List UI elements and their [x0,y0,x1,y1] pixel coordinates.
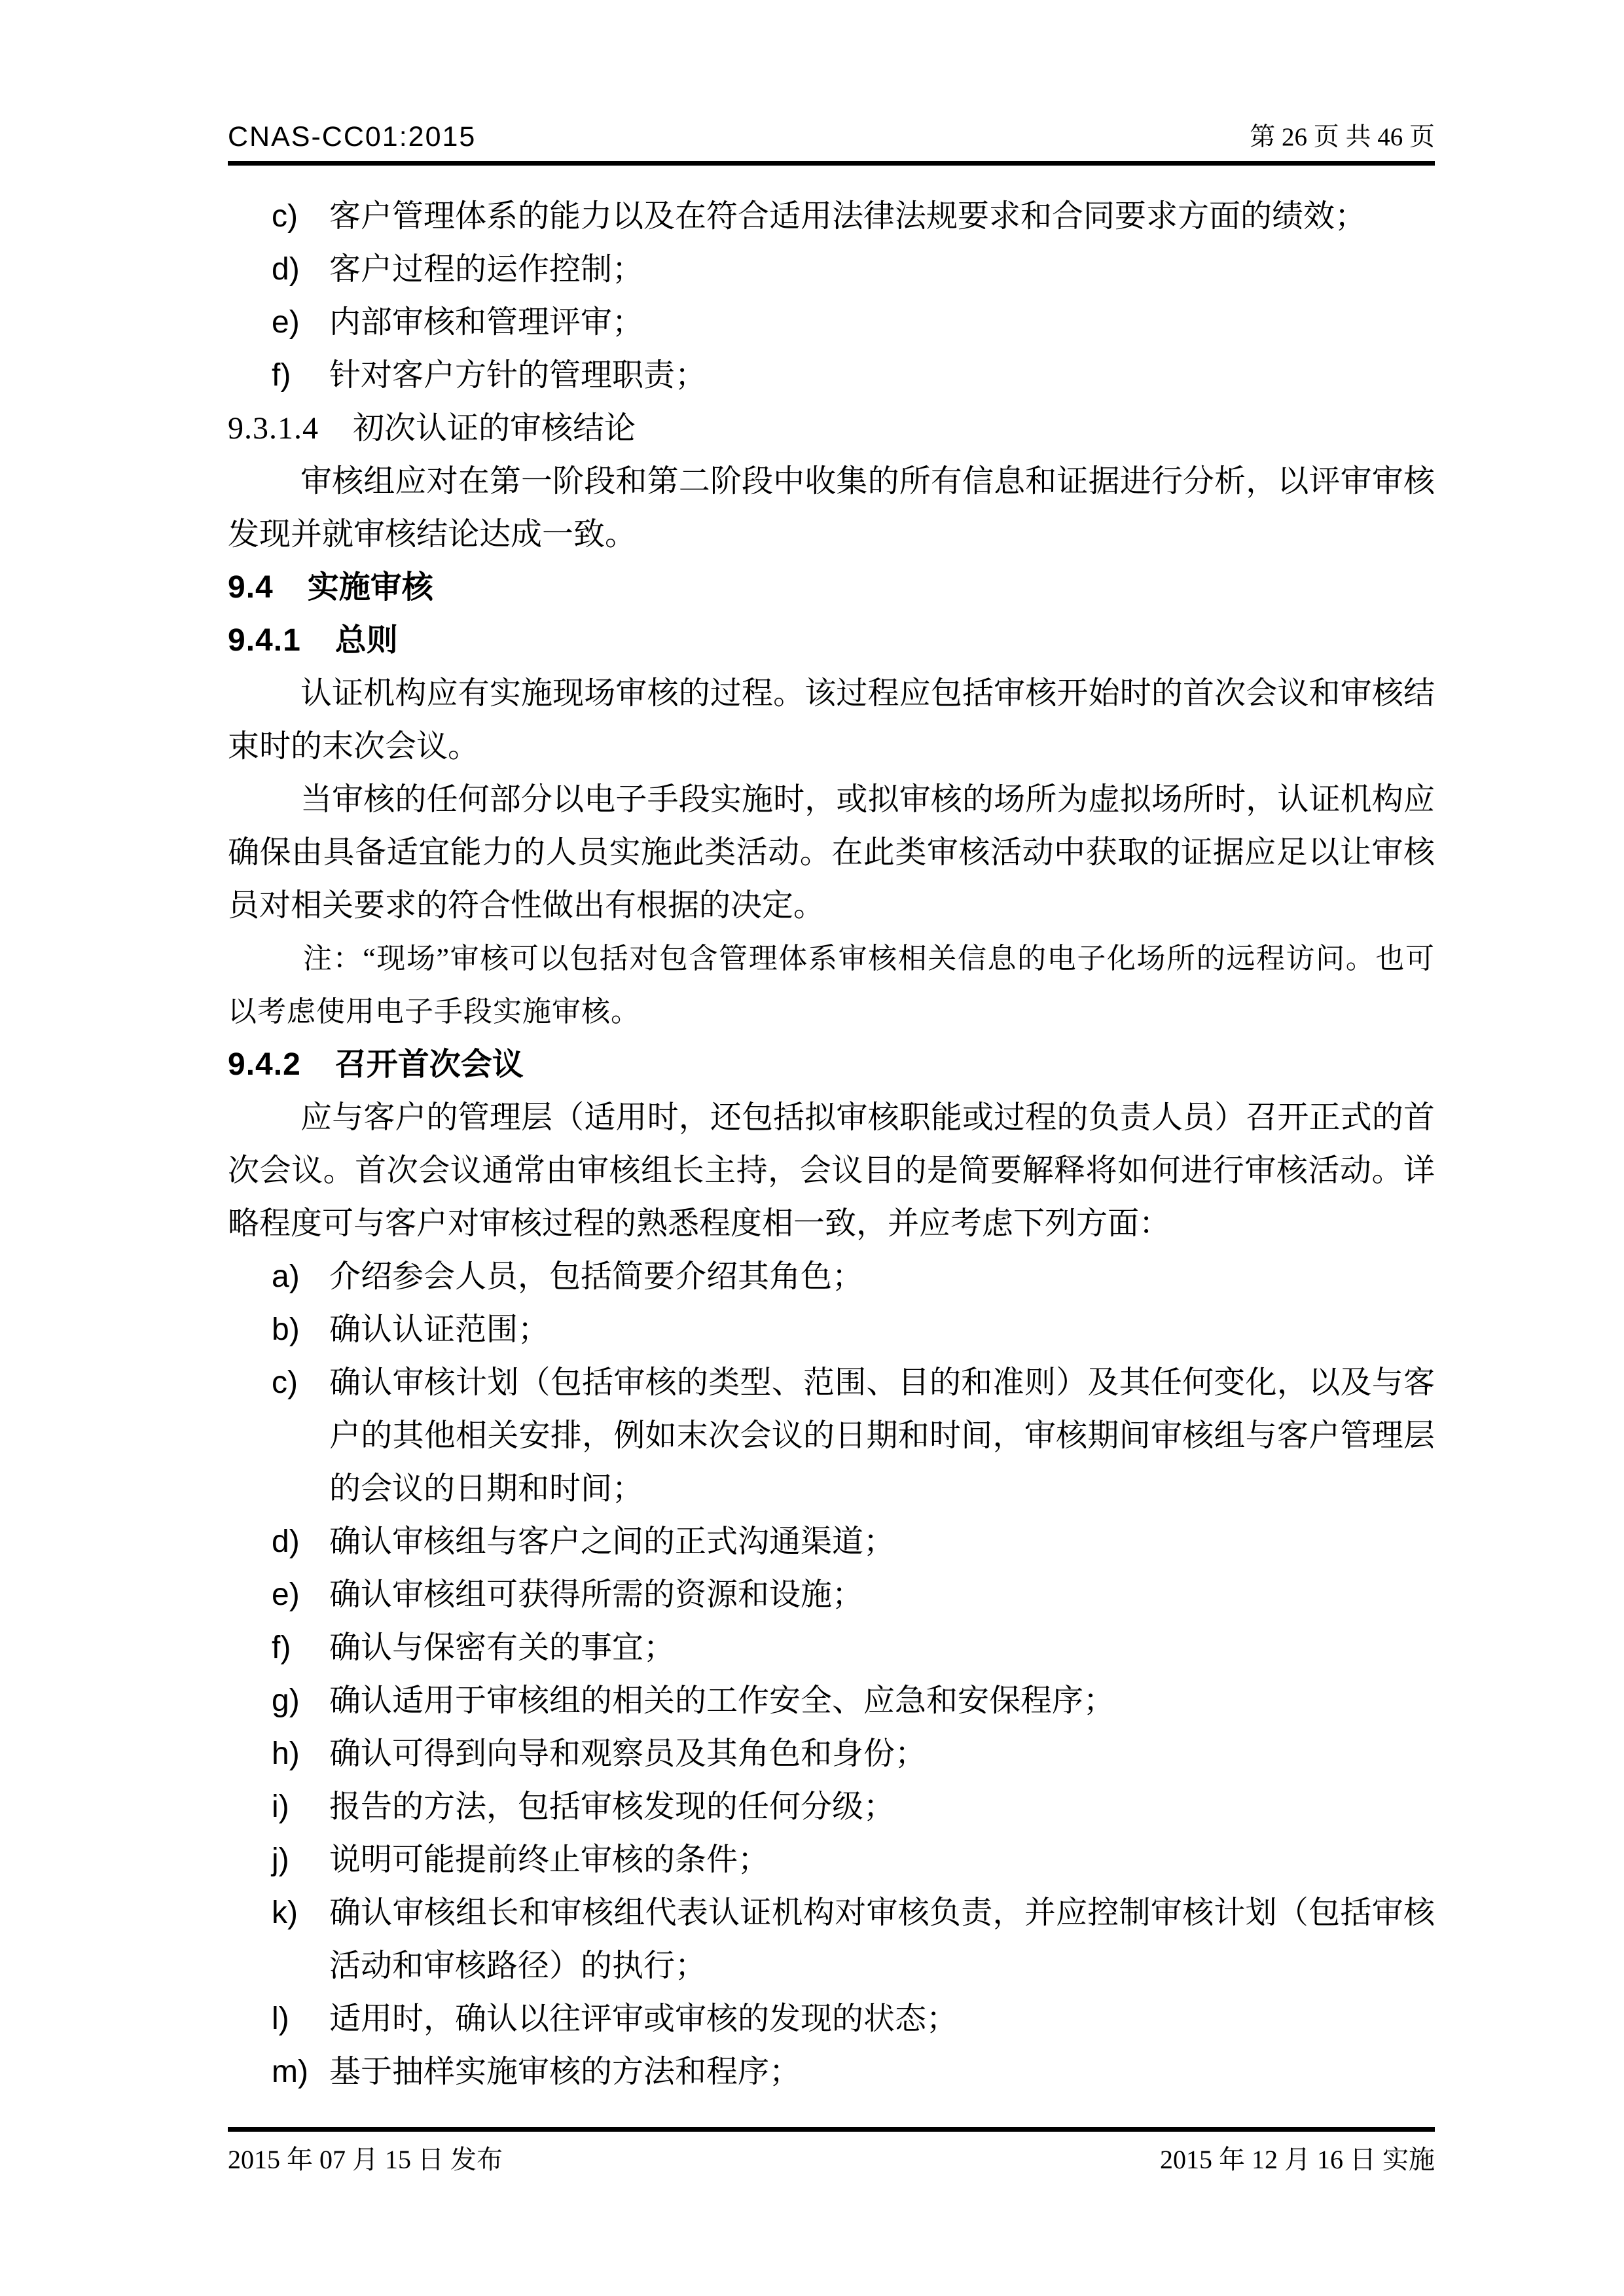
section-number: 9.4 [228,570,274,605]
list-item: d) 确认审核组与客户之间的正式沟通渠道； [228,1515,1435,1568]
section-title: 实施审核 [308,570,433,605]
list-item-text: 确认审核组可获得所需的资源和设施； [329,1568,1435,1621]
list-item-label: f) [272,349,329,402]
section-heading-9-4-2: 9.4.2召开首次会议 [228,1038,1435,1091]
list-item-text: 客户过程的运作控制； [329,243,1435,296]
list-item-label: h) [272,1727,329,1780]
list-item-text: 说明可能提前终止审核的条件； [329,1833,1435,1886]
list-item-text: 确认审核计划（包括审核的类型、范围、目的和准则）及其任何变化，以及与客户的其他相… [329,1356,1435,1515]
list-item-label: k) [272,1886,329,1939]
list-item: g) 确认适用于审核组的相关的工作安全、应急和安保程序； [228,1674,1435,1727]
list-item: c) 确认审核计划（包括审核的类型、范围、目的和准则）及其任何变化，以及与客户的… [228,1356,1435,1515]
page-footer: 2015 年 07 月 15 日 发布 2015 年 12 月 16 日 实施 [228,2142,1435,2178]
list-item: i) 报告的方法，包括审核发现的任何分级； [228,1780,1435,1833]
list-item-text: 客户管理体系的能力以及在符合适用法律法规要求和合同要求方面的绩效； [329,190,1435,243]
list-item: h) 确认可得到向导和观察员及其角色和身份； [228,1727,1435,1780]
list-item-label: i) [272,1780,329,1833]
list-item-text: 报告的方法，包括审核发现的任何分级； [329,1780,1435,1833]
list-item: e) 确认审核组可获得所需的资源和设施； [228,1568,1435,1621]
list-item: l) 适用时，确认以往评审或审核的发现的状态； [228,1992,1435,2045]
list-item-text: 确认适用于审核组的相关的工作安全、应急和安保程序； [329,1674,1435,1727]
page-header: CNAS-CC01:2015 第 26 页 共 46 页 [228,117,1435,153]
paragraph: 认证机构应有实施现场审核的过程。该过程应包括审核开始时的首次会议和审核结束时的末… [228,667,1435,773]
list-item-label: b) [272,1303,329,1356]
list-item: e) 内部审核和管理评审； [228,296,1435,349]
list-item: a) 介绍参会人员，包括简要介绍其角色； [228,1250,1435,1303]
document-body: c) 客户管理体系的能力以及在符合适用法律法规要求和合同要求方面的绩效； d) … [228,190,1435,2098]
list-item-text: 确认审核组与客户之间的正式沟通渠道； [329,1515,1435,1568]
list-item: j) 说明可能提前终止审核的条件； [228,1833,1435,1886]
section-title: 总则 [335,623,398,658]
list-item-label: g) [272,1674,329,1727]
list-item-label: c) [272,190,329,243]
implement-date: 2015 年 12 月 16 日 实施 [1160,2142,1435,2178]
document-code: CNAS-CC01:2015 [228,121,476,153]
list-item-text: 内部审核和管理评审； [329,296,1435,349]
section-title: 初次认证的审核结论 [353,411,636,446]
list-item: k) 确认审核组长和审核组代表认证机构对审核负责，并应控制审核计划（包括审核活动… [228,1886,1435,1992]
section-number: 9.3.1.4 [228,411,319,446]
list-item-text: 介绍参会人员，包括简要介绍其角色； [329,1250,1435,1303]
list-item-label: e) [272,296,329,349]
list-item-text: 确认与保密有关的事宜； [329,1621,1435,1674]
section-number: 9.4.1 [228,623,301,658]
list-item-text: 确认认证范围； [329,1303,1435,1356]
list-item-label: e) [272,1568,329,1621]
list-item: m) 基于抽样实施审核的方法和程序； [228,2045,1435,2098]
paragraph: 应与客户的管理层（适用时，还包括拟审核职能或过程的负责人员）召开正式的首次会议。… [228,1091,1435,1250]
paragraph: 审核组应对在第一阶段和第二阶段中收集的所有信息和证据进行分析，以评审审核发现并就… [228,455,1435,561]
list-item: d) 客户过程的运作控制； [228,243,1435,296]
list-item-label: m) [272,2045,329,2098]
list-item-label: f) [272,1621,329,1674]
header-divider [228,161,1435,166]
section-heading-9-4-1: 9.4.1总则 [228,614,1435,667]
list-item: c) 客户管理体系的能力以及在符合适用法律法规要求和合同要求方面的绩效； [228,190,1435,243]
list-item-text: 适用时，确认以往评审或审核的发现的状态； [329,1992,1435,2045]
list-item-label: d) [272,1515,329,1568]
list-item: b) 确认认证范围； [228,1303,1435,1356]
list-item: f) 确认与保密有关的事宜； [228,1621,1435,1674]
list-item: f) 针对客户方针的管理职责； [228,349,1435,402]
list-item-label: a) [272,1250,329,1303]
list-item-label: l) [272,1992,329,2045]
list-item-label: d) [272,243,329,296]
document-page: CNAS-CC01:2015 第 26 页 共 46 页 c) 客户管理体系的能… [0,0,1624,2296]
section-title: 召开首次会议 [335,1047,524,1082]
list-item-text: 确认审核组长和审核组代表认证机构对审核负责，并应控制审核计划（包括审核活动和审核… [329,1886,1435,1992]
section-heading-9-4: 9.4实施审核 [228,561,1435,614]
note-paragraph: 注：“现场”审核可以包括对包含管理体系审核相关信息的电子化场所的远程访问。也可以… [228,932,1435,1038]
list-item-label: j) [272,1833,329,1886]
list-item-text: 基于抽样实施审核的方法和程序； [329,2045,1435,2098]
list-item-text: 针对客户方针的管理职责； [329,349,1435,402]
list-item-label: c) [272,1356,329,1409]
publish-date: 2015 年 07 月 15 日 发布 [228,2142,503,2178]
page-number-indicator: 第 26 页 共 46 页 [1250,117,1435,153]
paragraph: 当审核的任何部分以电子手段实施时，或拟审核的场所为虚拟场所时，认证机构应确保由具… [228,773,1435,932]
section-heading-9-3-1-4: 9.3.1.4初次认证的审核结论 [228,402,1435,455]
footer-divider [228,2127,1435,2132]
list-item-text: 确认可得到向导和观察员及其角色和身份； [329,1727,1435,1780]
section-number: 9.4.2 [228,1047,301,1082]
